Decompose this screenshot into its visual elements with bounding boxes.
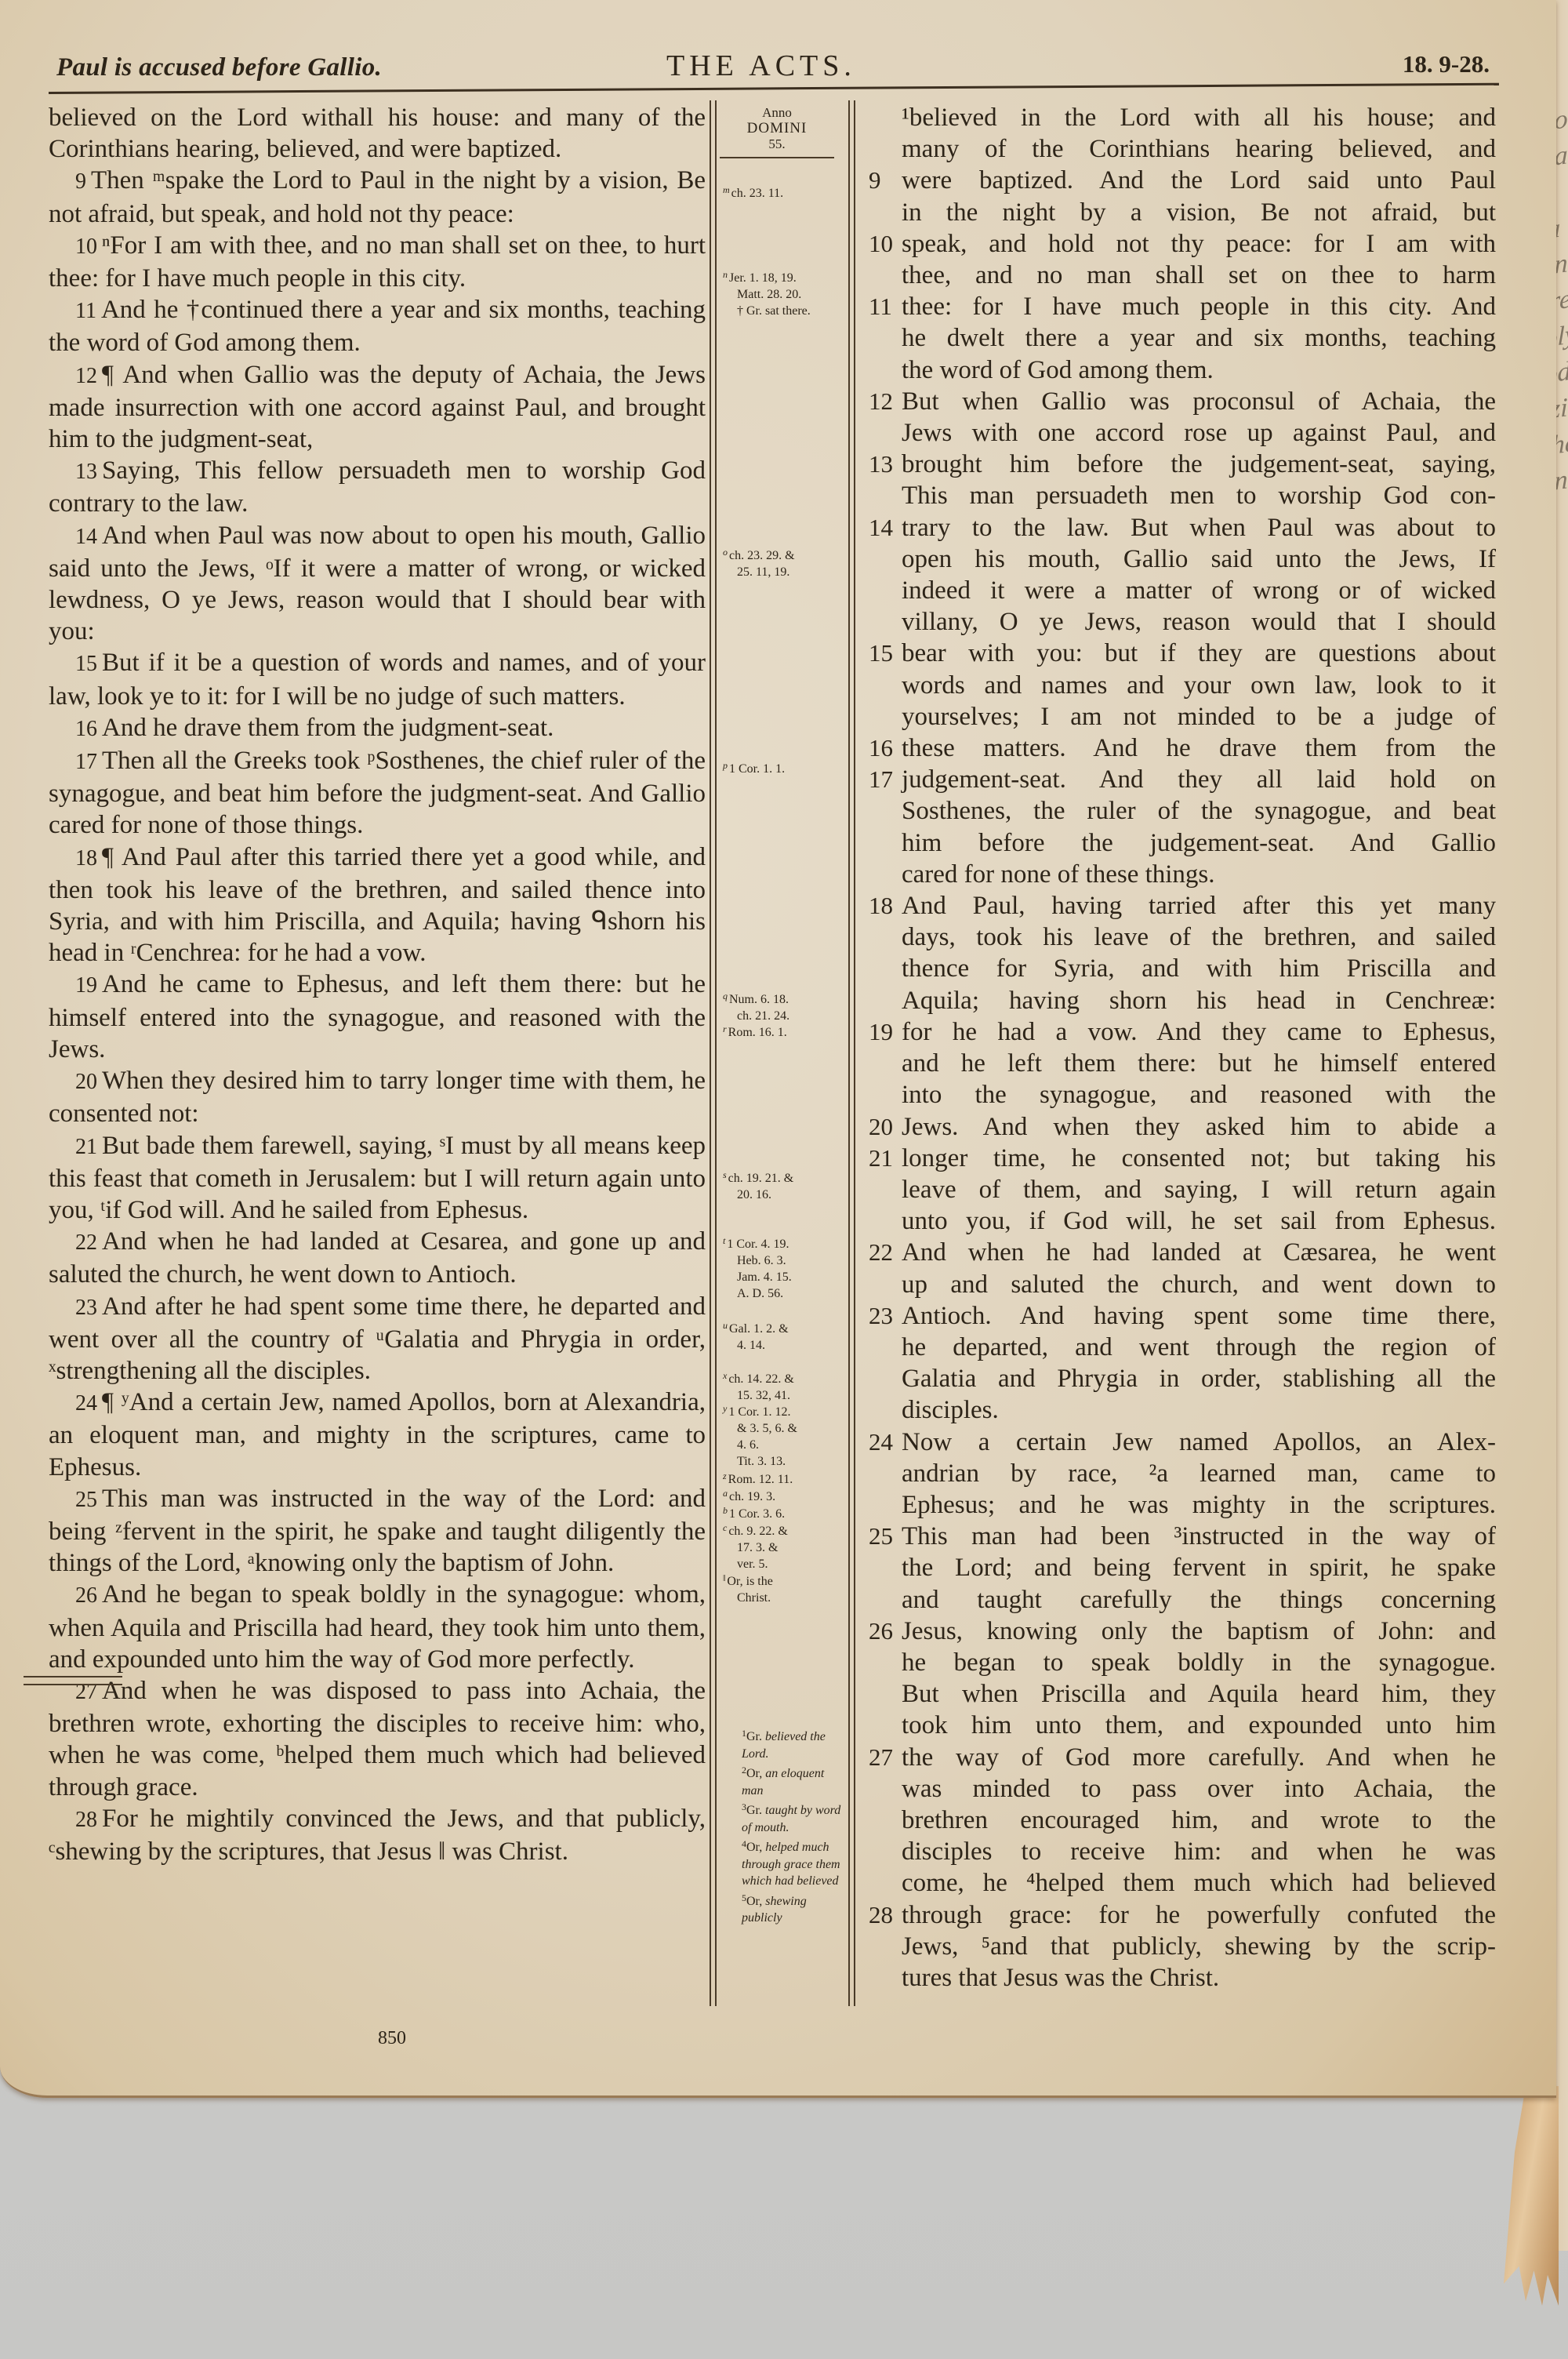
line-text: words and names and your own law, look t…: [902, 671, 1496, 700]
verse-number: 19: [75, 973, 97, 998]
rv-line: 17judgement-seat. And they all laid hold…: [869, 764, 1496, 795]
line-text: longer time, he consented not; but takin…: [902, 1144, 1496, 1172]
line-text: through grace: for he powerfully confute…: [902, 1901, 1496, 1929]
line-text: disciples.: [902, 1396, 999, 1424]
cross-reference: uGal. 1. 2. &4. 14.: [723, 1318, 840, 1354]
verse-number: 28: [869, 1899, 893, 1931]
verse-number: 14: [869, 512, 893, 543]
rv-line: was minded to pass over into Achaia, the: [869, 1773, 1496, 1805]
line-text: Now a certain Jew named Apollos, an Alex…: [902, 1428, 1496, 1456]
verse-number: 26: [869, 1616, 893, 1647]
verse-text: And when he was disposed to pass into Ac…: [49, 1677, 706, 1801]
kjv-verse: 14And when Paul was now about to open hi…: [49, 520, 706, 648]
line-text: he departed, and went through the region…: [902, 1333, 1496, 1361]
rv-line: 22And when he had landed at Cæsarea, he …: [869, 1237, 1496, 1268]
line-text: speak, and hold not thy peace: for I am …: [902, 230, 1496, 258]
footnote-label: Or,: [746, 1895, 765, 1908]
line-text: cared for none of these things.: [902, 860, 1215, 889]
column-rule-left: [710, 100, 711, 2006]
kjv-verse: 28For he mightily convinced the Jews, an…: [49, 1803, 706, 1867]
rv-line: 14trary to the law. But when Paul was ab…: [869, 512, 1496, 543]
reference-mark: m: [723, 184, 730, 195]
verse-number: 28: [75, 1808, 97, 1832]
line-text: Antioch. And having spent some time ther…: [902, 1302, 1496, 1330]
reference-text: 1 Cor. 3. 6.: [729, 1507, 785, 1521]
footnote: 5Or, shewing publicly: [742, 1890, 842, 1927]
reference-text: ch. 14. 22. &: [728, 1372, 794, 1386]
anno-year: 55.: [720, 136, 834, 152]
margin-double-rule: [24, 1676, 122, 1685]
rv-line: 19for he had a vow. And they came to Eph…: [869, 1016, 1496, 1048]
rv-line: 16these matters. And he drave them from …: [869, 732, 1496, 764]
line-text: andrian by race, ²a learned man, came to: [902, 1459, 1496, 1488]
verse-number: 21: [75, 1135, 97, 1159]
reference-text: 20. 16.: [737, 1188, 771, 1201]
reference-text: † Gr. sat there.: [737, 304, 811, 318]
line-text: were baptized. And the Lord said unto Pa…: [902, 166, 1496, 194]
reference-text: Matt. 28. 20.: [737, 288, 801, 301]
verse-number: 18: [75, 846, 97, 871]
line-text: in the night by a vision, Be not afraid,…: [902, 198, 1496, 227]
reference-text: A. D. 56.: [737, 1287, 783, 1300]
line-text: the Lord; and being fervent in spirit, h…: [902, 1554, 1496, 1582]
verse-number: 26: [75, 1583, 97, 1608]
rv-line: 26Jesus, knowing only the baptism of Joh…: [869, 1616, 1496, 1647]
line-text: Jews with one accord rose up against Pau…: [902, 419, 1496, 447]
cross-reference: xch. 14. 22. &15. 32, 41.: [723, 1368, 840, 1404]
kjv-verse: 18¶ And Paul after this tarried there ye…: [49, 841, 706, 969]
verse-number: 11: [75, 299, 96, 323]
kjv-verse: 21But bade them farewell, saying, ˢI mus…: [49, 1130, 706, 1227]
rv-line: him before the judgement-seat. And Galli…: [869, 827, 1496, 859]
line-text: leave of them, and saying, I will return…: [902, 1176, 1496, 1204]
verse-text: ¶ And when Gallio was the deputy of Acha…: [49, 361, 706, 453]
cross-reference: qNum. 6. 18.ch. 21. 24.: [723, 988, 840, 1024]
line-text: judgement-seat. And they all laid hold o…: [902, 765, 1496, 794]
verse-number: 20: [869, 1111, 893, 1143]
rv-line: tures that Jesus was the Christ.: [869, 1962, 1496, 1994]
rv-line: 12But when Gallio was proconsul of Achai…: [869, 386, 1496, 417]
line-text: brethren encouraged him, and wrote to th…: [902, 1806, 1496, 1834]
verse-text: And he †continued there a year and six m…: [49, 296, 706, 357]
footnote-label: Gr.: [746, 1804, 765, 1817]
rv-line: thee, and no man shall set on thee to ha…: [869, 260, 1496, 291]
reference-text: ch. 19. 21. &: [728, 1172, 794, 1185]
cross-reference: mch. 23. 11.: [723, 182, 840, 202]
footnote-label: Or,: [746, 1841, 765, 1854]
line-text: Aquila; having shorn his head in Cenchre…: [902, 987, 1496, 1015]
kjv-verse: 19And he came to Ephesus, and left them …: [49, 969, 706, 1065]
verse-text: Then ᵐspake the Lord to Paul in the nigh…: [49, 166, 706, 227]
line-text: tures that Jesus was the Christ.: [902, 1964, 1219, 1992]
verse-number: 25: [869, 1521, 893, 1552]
kjv-verse: 20When they desired him to tarry longer …: [49, 1065, 706, 1129]
rv-line: Ephesus; and he was mighty in the script…: [869, 1489, 1496, 1521]
rv-line: up and saluted the church, and went down…: [869, 1269, 1496, 1300]
verse-number: 18: [869, 890, 893, 921]
rv-line: he dwelt there a year and six months, te…: [869, 322, 1496, 354]
reference-mark: s: [723, 1169, 727, 1180]
page-number: 850: [378, 2028, 406, 2049]
line-text: This man persuadeth men to worship God c…: [902, 482, 1496, 510]
reference-mark: c: [723, 1522, 727, 1533]
reference-mark: o: [723, 547, 728, 558]
kjv-verse: 23And after he had spent some time there…: [49, 1291, 706, 1387]
reference-mark: u: [723, 1320, 728, 1331]
line-text: Jews. And when they asked him to abide a: [902, 1113, 1496, 1141]
verse-number: 24: [75, 1391, 97, 1416]
kjv-verse: 24¶ ʸAnd a certain Jew, named Apollos, b…: [49, 1387, 706, 1483]
verse-number: 23: [75, 1296, 97, 1320]
verse-number: 17: [75, 750, 97, 774]
reference-text: ch. 23. 29. &: [729, 549, 795, 562]
verse-text: When they desired him to tarry longer ti…: [49, 1067, 706, 1128]
line-text: him before the judgement-seat. And Galli…: [902, 829, 1496, 857]
rv-line: andrian by race, ²a learned man, came to: [869, 1458, 1496, 1489]
line-text: Jesus, knowing only the baptism of John:…: [902, 1617, 1496, 1645]
reference-text: & 3. 5, 6. &: [737, 1422, 797, 1435]
rv-line: Jews, ⁵and that publicly, shewing by the…: [869, 1931, 1496, 1962]
reference-text: Gal. 1. 2. &: [729, 1322, 789, 1336]
verse-text: And when Paul was now about to open his …: [49, 522, 706, 646]
line-text: trary to the law. But when Paul was abou…: [902, 514, 1496, 542]
rv-line: in the night by a vision, Be not afraid,…: [869, 197, 1496, 228]
cross-reference: t1 Cor. 4. 19.Heb. 6. 3.Jam. 4. 15.A. D.…: [723, 1233, 840, 1302]
verse-text: believed on the Lord withall his house: …: [49, 104, 706, 163]
rv-line: Galatia and Phrygia in order, stablishin…: [869, 1363, 1496, 1394]
kjv-verse: 15But if it be a question of words and n…: [49, 647, 706, 711]
reference-text: 25. 11, 19.: [737, 565, 789, 579]
rv-line: 18And Paul, having tarried after this ye…: [869, 890, 1496, 921]
rv-line: 27the way of God more carefully. And whe…: [869, 1742, 1496, 1773]
reference-mark: z: [723, 1470, 727, 1481]
kjv-verse: 9Then ᵐspake the Lord to Paul in the nig…: [49, 165, 706, 229]
line-text: come, he ⁴helped them much which had bel…: [902, 1869, 1496, 1897]
line-text: thence for Syria, and with him Priscilla…: [902, 954, 1496, 983]
page-header: Paul is accused before Gallio. THE ACTS.…: [47, 42, 1497, 89]
reference-text: 4. 6.: [737, 1438, 759, 1452]
kjv-verse: 25This man was instructed in the way of …: [49, 1483, 706, 1579]
rv-line: 25This man had been ³instructed in the w…: [869, 1521, 1496, 1552]
kjv-column: believed on the Lord withall his house: …: [49, 102, 706, 1867]
rv-line: 21longer time, he consented not; but tak…: [869, 1143, 1496, 1174]
rv-line: thence for Syria, and with him Priscilla…: [869, 953, 1496, 984]
cross-reference: och. 23. 29. &25. 11, 19.: [723, 544, 840, 580]
footnote-label: Or,: [746, 1767, 765, 1780]
rv-line: 24Now a certain Jew named Apollos, an Al…: [869, 1427, 1496, 1458]
reference-mark: q: [723, 990, 728, 1001]
verse-number: 25: [75, 1488, 97, 1512]
line-text: Jews, ⁵and that publicly, shewing by the…: [902, 1932, 1496, 1961]
rv-line: 13brought him before the judgement-seat,…: [869, 449, 1496, 480]
verse-number: 10: [75, 234, 97, 259]
verse-number: 14: [75, 525, 97, 549]
rv-line: 11thee: for I have much people in this c…: [869, 291, 1496, 322]
rv-line: indeed it were a matter of wrong or of w…: [869, 575, 1496, 606]
rv-line: he began to speak boldly in the synagogu…: [869, 1647, 1496, 1678]
verse-number: 27: [869, 1742, 893, 1773]
verse-number: 9: [75, 169, 86, 194]
cross-reference: ‖Or, is theChrist.: [723, 1570, 840, 1606]
line-text: indeed it were a matter of wrong or of w…: [902, 576, 1496, 605]
line-text: Ephesus; and he was mighty in the script…: [902, 1491, 1496, 1519]
reference-text: Rom. 16. 1.: [728, 1026, 787, 1039]
verse-text: And when he had landed at Cesarea, and g…: [49, 1227, 706, 1289]
cross-reference: cch. 9. 22. &17. 3. &ver. 5.: [723, 1520, 840, 1572]
line-text: unto you, if God will, he set sail from …: [902, 1207, 1496, 1235]
line-text: the word of God among them.: [902, 356, 1214, 384]
verse-number: 20: [75, 1070, 97, 1094]
reference-mark: ‖: [723, 1572, 725, 1583]
rv-line: and he left them there: but he himself e…: [869, 1048, 1496, 1079]
line-text: But when Gallio was proconsul of Achaia,…: [902, 387, 1496, 416]
cross-reference: nJer. 1. 18, 19.Matt. 28. 20.† Gr. sat t…: [723, 267, 840, 319]
reference-mark: r: [723, 1023, 727, 1034]
chapter-verse-range: 18. 9-28.: [1403, 50, 1490, 78]
kjv-verse: 22And when he had landed at Cesarea, and…: [49, 1226, 706, 1290]
line-text: But when Priscilla and Aquila heard him,…: [902, 1680, 1496, 1708]
verse-number: 22: [869, 1237, 893, 1268]
rv-line: But when Priscilla and Aquila heard him,…: [869, 1678, 1496, 1710]
rv-line: 9were baptized. And the Lord said unto P…: [869, 165, 1496, 196]
verse-text: Saying, This fellow persuadeth men to wo…: [49, 456, 706, 518]
line-text: This man had been ³instructed in the way…: [902, 1522, 1496, 1550]
verse-number: 21: [869, 1143, 893, 1174]
reference-mark: x: [723, 1370, 727, 1381]
reference-text: Heb. 6. 3.: [737, 1254, 786, 1267]
line-text: these matters. And he drave them from th…: [902, 734, 1496, 762]
rv-line: into the synagogue, and reasoned with th…: [869, 1079, 1496, 1110]
anno-domini-box: Anno DOMINI 55.: [720, 100, 834, 158]
reference-text: Jam. 4. 15.: [737, 1270, 792, 1284]
verse-text: And after he had spent some time there, …: [49, 1292, 706, 1385]
line-text: brought him before the judgement-seat, s…: [902, 450, 1496, 478]
verse-number: 11: [869, 291, 892, 322]
line-text: Sosthenes, the ruler of the synagogue, a…: [902, 797, 1496, 825]
cross-reference: y1 Cor. 1. 12.& 3. 5, 6. &4. 6.Tit. 3. 1…: [723, 1401, 840, 1470]
verse-number: 16: [869, 732, 893, 764]
rv-line: unto you, if God will, he set sail from …: [869, 1205, 1496, 1237]
rv-column: ¹believed in the Lord with all his house…: [869, 102, 1496, 1994]
footnote: 3Gr. taught by word of mouth.: [742, 1799, 842, 1836]
verse-text: For he mightily convinced the Jews, and …: [49, 1805, 706, 1866]
kjv-verse: believed on the Lord withall his house: …: [49, 102, 706, 165]
column-rule-left-inner: [715, 100, 717, 2006]
rv-line: the word of God among them.: [869, 354, 1496, 386]
rv-line: Jews with one accord rose up against Pau…: [869, 417, 1496, 449]
verse-number: 23: [869, 1300, 893, 1332]
verse-text: But bade them farewell, saying, ˢI must …: [49, 1132, 706, 1224]
rv-line: 23Antioch. And having spent some time th…: [869, 1300, 1496, 1332]
rv-line: Aquila; having shorn his head in Cenchre…: [869, 985, 1496, 1016]
rv-line: 28through grace: for he powerfully confu…: [869, 1899, 1496, 1931]
reference-text: ch. 19. 3.: [729, 1490, 775, 1503]
rv-line: the Lord; and being fervent in spirit, h…: [869, 1552, 1496, 1583]
rv-line: took him unto them, and expounded unto h…: [869, 1710, 1496, 1741]
reference-mark: n: [723, 269, 728, 280]
reference-text: Num. 6. 18.: [729, 993, 789, 1006]
running-head: Paul is accused before Gallio.: [56, 53, 382, 82]
reference-text: 1 Cor. 1. 1.: [729, 762, 785, 776]
kjv-verse: 10ⁿFor I am with thee, and no man shall …: [49, 230, 706, 294]
bible-page: Paul is accused before Gallio. THE ACTS.…: [0, 0, 1556, 2098]
rv-line: disciples to receive him: and when he wa…: [869, 1836, 1496, 1867]
line-text: bear with you: but if they are questions…: [902, 639, 1496, 667]
reference-mark: y: [723, 1403, 727, 1414]
reference-text: 4. 14.: [737, 1339, 765, 1352]
reference-mark: p: [723, 760, 728, 771]
reference-text: 1 Cor. 1. 12.: [728, 1405, 790, 1419]
reference-mark: a: [723, 1488, 728, 1499]
verse-number: 12: [75, 364, 97, 388]
line-text: took him unto them, and expounded unto h…: [902, 1711, 1496, 1739]
kjv-verse: 12¶ And when Gallio was the deputy of Ac…: [49, 359, 706, 456]
line-text: open his mouth, Gallio said unto the Jew…: [902, 545, 1496, 573]
cross-reference: rRom. 16. 1.: [723, 1021, 840, 1041]
reference-text: 17. 3. &: [737, 1541, 778, 1554]
cross-reference: sch. 19. 21. &20. 16.: [723, 1167, 840, 1203]
verse-text: And he came to Ephesus, and left them th…: [49, 970, 706, 1063]
verse-number: 10: [869, 228, 893, 260]
verse-number: 13: [75, 460, 97, 484]
kjv-verse: 26And he began to speak boldly in the sy…: [49, 1579, 706, 1675]
verse-number: 22: [75, 1230, 97, 1255]
reference-text: Jer. 1. 18, 19.: [729, 271, 797, 285]
verse-text: ⁿFor I am with thee, and no man shall se…: [49, 231, 706, 293]
verse-number: 13: [869, 449, 893, 480]
line-text: into the synagogue, and reasoned with th…: [902, 1081, 1496, 1109]
rv-line: Sosthenes, the ruler of the synagogue, a…: [869, 795, 1496, 827]
kjv-verse: 16And he drave them from the judgment-se…: [49, 712, 706, 745]
reference-text: Christ.: [737, 1591, 771, 1605]
rv-line: days, took his leave of the brethren, an…: [869, 921, 1496, 953]
kjv-verse: 13Saying, This fellow persuadeth men to …: [49, 455, 706, 519]
rv-footnotes: 1Gr. believed the Lord.2Or, an eloquent …: [742, 1725, 842, 1927]
reference-text: ch. 23. 11.: [731, 187, 784, 200]
verse-text: But if it be a question of words and nam…: [49, 649, 706, 710]
verse-number: 17: [869, 764, 893, 795]
line-text: And Paul, having tarried after this yet …: [902, 892, 1496, 920]
footnote-label: Gr.: [746, 1730, 765, 1743]
kjv-verse: 11And he †continued there a year and six…: [49, 294, 706, 358]
verse-number: 19: [869, 1016, 893, 1048]
rv-line: and taught carefully the things concerni…: [869, 1584, 1496, 1616]
reference-mark: b: [723, 1505, 728, 1516]
column-rule-right: [848, 100, 850, 2006]
line-text: many of the Corinthians hearing believed…: [902, 135, 1496, 163]
cross-reference: p1 Cor. 1. 1.: [723, 758, 840, 777]
rv-line: 10speak, and hold not thy peace: for I a…: [869, 228, 1496, 260]
line-text: he began to speak boldly in the synagogu…: [902, 1648, 1496, 1677]
verse-text: Then all the Greeks took ᵖSosthenes, the…: [49, 747, 706, 839]
rv-line: villany, O ye Jews, reason would that I …: [869, 606, 1496, 638]
kjv-verse: 27And when he was disposed to pass into …: [49, 1675, 706, 1803]
footnote: 1Gr. believed the Lord.: [742, 1725, 842, 1762]
verse-number: 12: [869, 386, 893, 417]
reference-text: Tit. 3. 13.: [737, 1455, 786, 1468]
rv-line: 20Jews. And when they asked him to abide…: [869, 1111, 1496, 1143]
reference-mark: t: [723, 1235, 725, 1246]
line-text: up and saluted the church, and went down…: [902, 1270, 1496, 1299]
rv-line: brethren encouraged him, and wrote to th…: [869, 1805, 1496, 1836]
line-text: yourselves; I am not minded to be a judg…: [902, 703, 1496, 731]
line-text: for he had a vow. And they came to Ephes…: [902, 1018, 1496, 1046]
line-text: ¹believed in the Lord with all his house…: [902, 104, 1496, 132]
reference-text: Or, is the: [727, 1575, 772, 1588]
line-text: was minded to pass over into Achaia, the: [902, 1775, 1496, 1803]
rv-line: 15bear with you: but if they are questio…: [869, 638, 1496, 669]
line-text: he dwelt there a year and six months, te…: [902, 324, 1496, 352]
rv-line: leave of them, and saying, I will return…: [869, 1174, 1496, 1205]
column-rule-right-inner: [854, 100, 855, 2006]
reference-text: 1 Cor. 4. 19.: [727, 1238, 789, 1251]
verse-text: ¶ And Paul after this tarried there yet …: [49, 843, 706, 968]
reference-text: ch. 9. 22. &: [728, 1525, 788, 1538]
anno-label: Anno: [720, 105, 834, 121]
line-text: disciples to receive him: and when he wa…: [902, 1837, 1496, 1866]
verse-number: 15: [869, 638, 893, 669]
rv-line: open his mouth, Gallio said unto the Jew…: [869, 543, 1496, 575]
rv-line: disciples.: [869, 1394, 1496, 1426]
verse-text: ¶ ʸAnd a certain Jew, named Apollos, bor…: [49, 1388, 706, 1481]
rv-line: he departed, and went through the region…: [869, 1332, 1496, 1363]
line-text: the way of God more carefully. And when …: [902, 1743, 1496, 1772]
rv-line: This man persuadeth men to worship God c…: [869, 480, 1496, 511]
footnote: 4Or, helped much through grace them whic…: [742, 1836, 842, 1890]
rv-line: cared for none of these things.: [869, 859, 1496, 890]
line-text: villany, O ye Jews, reason would that I …: [902, 608, 1496, 636]
line-text: And when he had landed at Cæsarea, he we…: [902, 1238, 1496, 1267]
verse-text: And he drave them from the judgment-seat…: [102, 714, 554, 742]
rv-line: many of the Corinthians hearing believed…: [869, 133, 1496, 165]
verse-number: 15: [75, 652, 97, 676]
line-text: thee, and no man shall set on thee to ha…: [902, 261, 1496, 289]
line-text: Galatia and Phrygia in order, stablishin…: [902, 1365, 1496, 1393]
footnote: 2Or, an eloquent man: [742, 1762, 842, 1799]
kjv-verse: 17Then all the Greeks took ᵖSosthenes, t…: [49, 745, 706, 841]
verse-text: And he began to speak boldly in the syna…: [49, 1580, 706, 1673]
reference-text: Rom. 12. 11.: [728, 1473, 793, 1486]
rv-line: come, he ⁴helped them much which had bel…: [869, 1867, 1496, 1899]
book-title: THE ACTS.: [666, 49, 856, 83]
domini-label: DOMINI: [720, 121, 834, 136]
margin-references: Anno DOMINI 55.: [720, 100, 845, 158]
verse-number: 16: [75, 717, 97, 741]
line-text: thee: for I have much people in this cit…: [902, 293, 1496, 321]
verse-number: 9: [869, 165, 881, 196]
rv-line: yourselves; I am not minded to be a judg…: [869, 701, 1496, 732]
line-text: and taught carefully the things concerni…: [902, 1586, 1496, 1614]
line-text: and he left them there: but he himself e…: [902, 1049, 1496, 1078]
verse-text: This man was instructed in the way of th…: [49, 1485, 706, 1577]
verse-number: 24: [869, 1427, 893, 1458]
reference-text: ver. 5.: [737, 1558, 768, 1571]
line-text: days, took his leave of the brethren, an…: [902, 923, 1496, 951]
rv-line: words and names and your own law, look t…: [869, 670, 1496, 701]
rv-line: ¹believed in the Lord with all his house…: [869, 102, 1496, 133]
